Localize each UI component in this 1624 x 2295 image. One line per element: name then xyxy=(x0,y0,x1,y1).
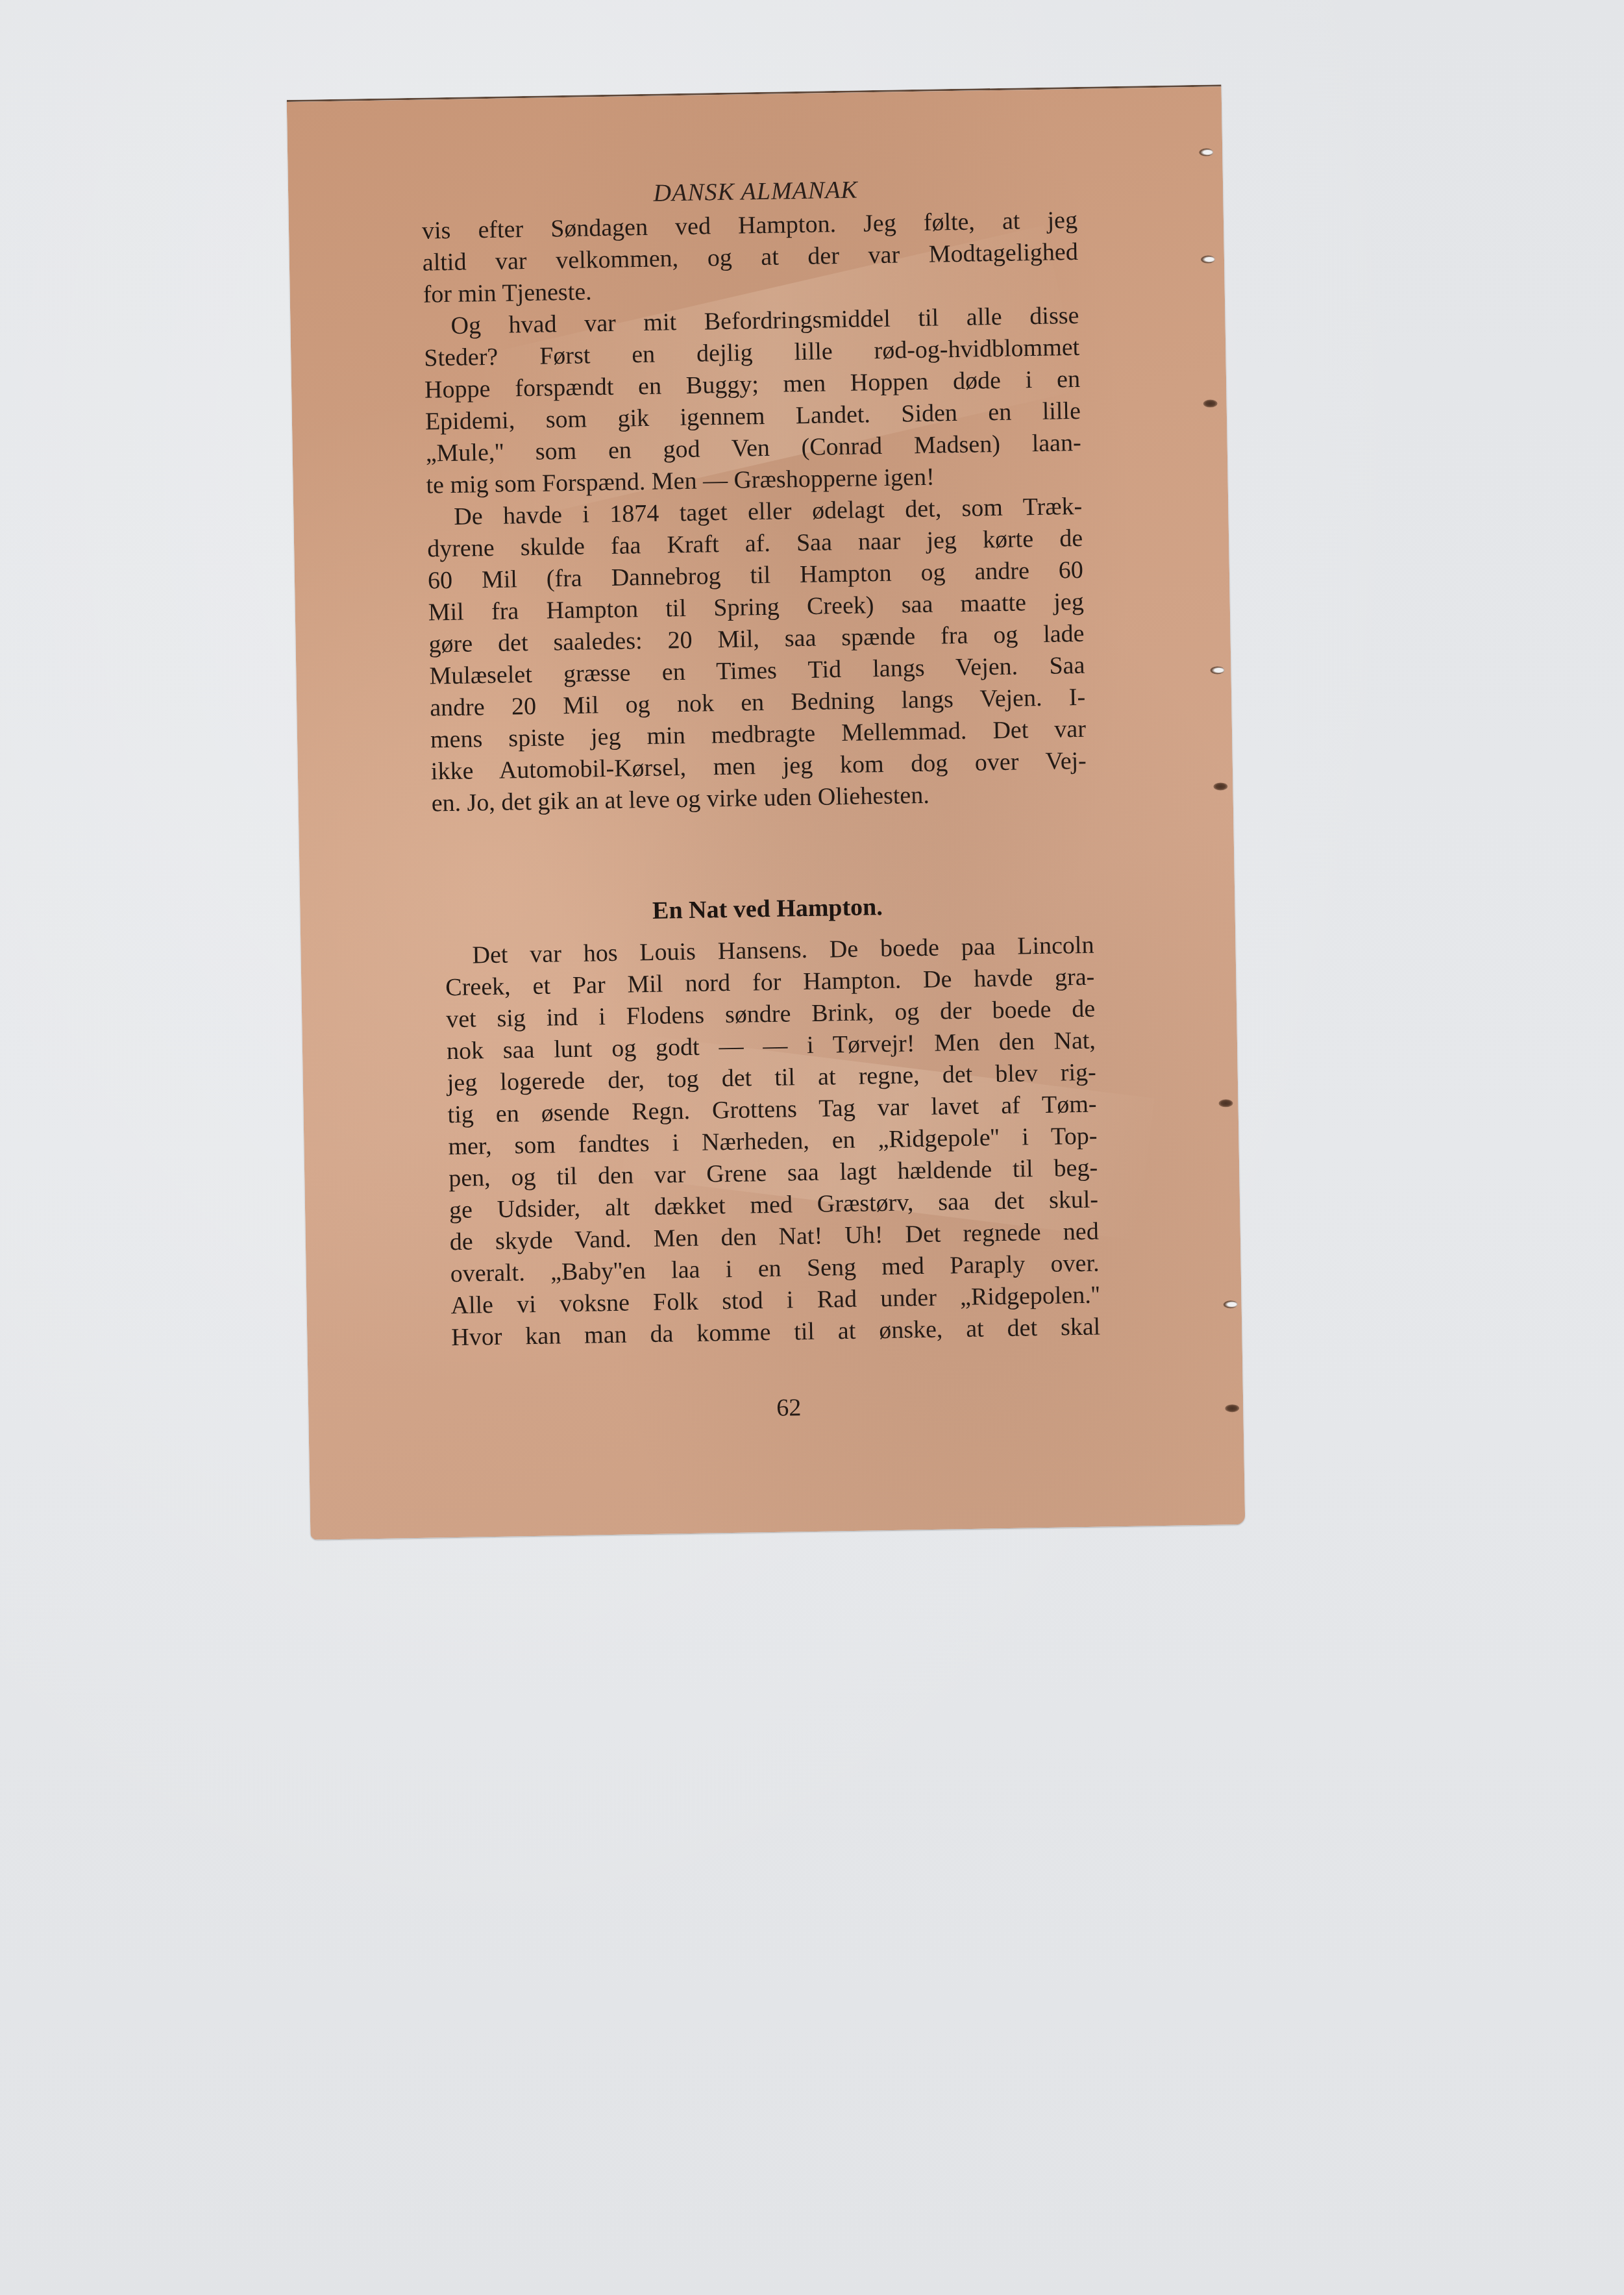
section-title: En Nat ved Hampton. xyxy=(300,887,1235,931)
text-block-2: Det var hos Louis Hansens. De boede paa … xyxy=(445,930,1100,1354)
text-block-1: vis efter Søndagen ved Hampton. Jeg følt… xyxy=(422,205,1087,820)
binding-hole-icon xyxy=(1213,782,1227,790)
binding-hole-icon xyxy=(1201,255,1215,263)
almanac-page: DANSK ALMANAK vis efter Søndagen ved Ham… xyxy=(287,84,1246,1540)
binding-hole-icon xyxy=(1224,1300,1238,1308)
binding-hole-icon xyxy=(1218,1099,1233,1107)
binding-hole-icon xyxy=(1210,666,1224,674)
binding-hole-icon xyxy=(1199,148,1213,156)
running-head: DANSK ALMANAK xyxy=(288,169,1224,214)
page-number: 62 xyxy=(308,1386,1244,1430)
binding-hole-icon xyxy=(1203,399,1218,407)
